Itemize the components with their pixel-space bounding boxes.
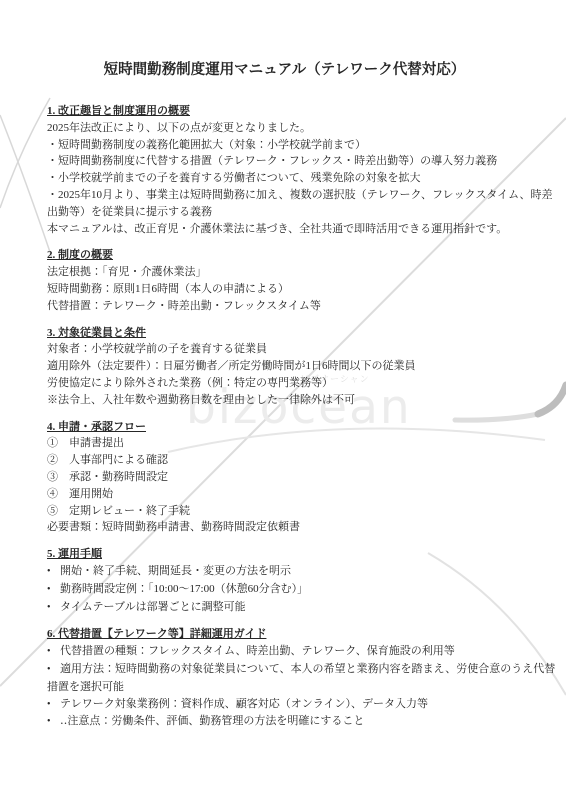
section-heading: 1. 改正趣旨と制度運用の概要	[47, 103, 522, 120]
document-sections: 1. 改正趣旨と制度運用の概要 2025年法改正により、以下の点が変更となりまし…	[47, 103, 522, 731]
document-page: bizocean ビズオーシャン 短時間勤務制度運用マニュアル（テレワーク代替対…	[0, 0, 566, 800]
text-line: ・2025年10月より、事業主は短時間勤務に加え、複数の選択肢（テレワーク、フレ…	[47, 187, 522, 204]
bullet-marker: •	[47, 714, 60, 731]
document-section: 4. 申請・承認フロー ① 申請書提出 ② 人事部門による確認 ③ 承認・勤務時…	[47, 419, 522, 537]
text-line: ④ 運用開始	[47, 486, 522, 503]
document-section: 3. 対象従業員と条件 対象者：小学校就学前の子を養育する従業員 適用除外（法定…	[47, 325, 522, 409]
document-section: 1. 改正趣旨と制度運用の概要 2025年法改正により、以下の点が変更となりまし…	[47, 103, 522, 237]
line-text: ・短時間勤務制度に代替する措置（テレワーク・フレックス・時差出勤等）の導入努力義…	[47, 155, 497, 167]
line-text: 出勤等）を従業員に提示する義務	[47, 206, 212, 218]
text-line: •開始・終了手続、期間延長・変更の方法を明示	[47, 563, 522, 581]
section-lines: •代替措置の種類：フレックスタイム、時差出勤、テレワーク、保育施設の利用等 •適…	[47, 643, 522, 731]
text-line: ① 申請書提出	[47, 435, 522, 452]
text-line: 代替措置：テレワーク・時差出勤・フレックスタイム等	[47, 298, 522, 315]
document-content: 短時間勤務制度運用マニュアル（テレワーク代替対応） 1. 改正趣旨と制度運用の概…	[0, 0, 566, 731]
bullet-marker: •	[47, 564, 60, 581]
section-lines: 法定根拠：「育児・介護休業法」 短時間勤務：原則1日6時間（本人の申請による） …	[47, 264, 522, 314]
document-section: 2. 制度の概要 法定根拠：「育児・介護休業法」 短時間勤務：原則1日6時間（本…	[47, 247, 522, 314]
section-heading: 3. 対象従業員と条件	[47, 325, 522, 342]
line-text: ① 申請書提出	[47, 437, 124, 449]
text-line: 労使協定により除外された業務（例：特定の専門業務等）	[47, 375, 522, 392]
line-text: ④ 運用開始	[47, 488, 113, 500]
text-line: ③ 承認・勤務時間設定	[47, 469, 522, 486]
text-line: 必要書類：短時間勤務申請書、勤務時間設定依頼書	[47, 519, 522, 536]
text-line: 適用除外（法定要件）：日雇労働者／所定労働時間が1日6時間以下の従業員	[47, 358, 522, 375]
bullet-marker: •	[47, 697, 60, 714]
text-line: •‥注意点：労働条件、評価、勤務管理の方法を明確にすること	[47, 713, 522, 731]
line-text: 労使協定により除外された業務（例：特定の専門業務等）	[47, 377, 333, 389]
line-text: ・短時間勤務制度の義務化範囲拡大（対象：小学校就学前まで）	[47, 139, 366, 151]
line-text: 法定根拠：「育児・介護休業法」	[47, 266, 207, 278]
text-line: •テレワーク対象業務例：資料作成、顧客対応（オンライン）、データ入力等	[47, 696, 522, 714]
text-line: ② 人事部門による確認	[47, 452, 522, 469]
document-section: 6. 代替措置【テレワーク等】詳細運用ガイド •代替措置の種類：フレックスタイム…	[47, 626, 522, 731]
text-line: ※法令上、入社年数や週勤務日数を理由とした一律除外は不可	[47, 392, 522, 409]
line-text: 開始・終了手続、期間延長・変更の方法を明示	[60, 565, 291, 577]
section-heading: 6. 代替措置【テレワーク等】詳細運用ガイド	[47, 626, 522, 643]
text-line: ・小学校就学前までの子を養育する労働者について、残業免除の対象を拡大	[47, 170, 522, 187]
line-text: 適用除外（法定要件）：日雇労働者／所定労働時間が1日6時間以下の従業員	[47, 360, 416, 372]
line-text: 本マニュアルは、改正育児・介護休業法に基づき、全社共通で即時活用できる運用指針で…	[47, 223, 507, 235]
line-text: 短時間勤務：原則1日6時間（本人の申請による）	[47, 283, 289, 295]
line-text: ⑤ 定期レビュー・終了手続	[47, 505, 190, 517]
line-text: ② 人事部門による確認	[47, 454, 168, 466]
document-title: 短時間勤務制度運用マニュアル（テレワーク代替対応）	[47, 58, 522, 79]
text-line: 短時間勤務：原則1日6時間（本人の申請による）	[47, 281, 522, 298]
bullet-marker: •	[47, 582, 60, 599]
text-line: 措置を選択可能	[47, 679, 522, 696]
line-text: 勤務時間設定例：「10:00～17:00（休憩60分含む）」	[60, 583, 308, 595]
text-line: 対象者：小学校就学前の子を養育する従業員	[47, 341, 522, 358]
section-heading: 5. 運用手順	[47, 546, 522, 563]
text-line: •勤務時間設定例：「10:00～17:00（休憩60分含む）」	[47, 581, 522, 599]
line-text: テレワーク対象業務例：資料作成、顧客対応（オンライン）、データ入力等	[60, 698, 428, 710]
section-heading: 2. 制度の概要	[47, 247, 522, 264]
line-text: タイムテーブルは部署ごとに調整可能	[60, 601, 246, 613]
section-lines: •開始・終了手続、期間延長・変更の方法を明示 •勤務時間設定例：「10:00～1…	[47, 563, 522, 616]
bullet-marker: •	[47, 644, 60, 661]
text-line: 法定根拠：「育児・介護休業法」	[47, 264, 522, 281]
line-text: 適用方法：短時間勤務の対象従業員について、本人の希望と業務内容を踏まえ、労使合意…	[60, 663, 555, 675]
line-text: ・2025年10月より、事業主は短時間勤務に加え、複数の選択肢（テレワーク、フレ…	[47, 189, 552, 201]
line-text: ‥注意点：労働条件、評価、勤務管理の方法を明確にすること	[60, 715, 364, 727]
section-lines: ① 申請書提出 ② 人事部門による確認 ③ 承認・勤務時間設定 ④ 運用開始 ⑤…	[47, 435, 522, 536]
line-text: ※法令上、入社年数や週勤務日数を理由とした一律除外は不可	[47, 394, 355, 406]
line-text: 措置を選択可能	[47, 681, 124, 693]
section-lines: 対象者：小学校就学前の子を養育する従業員 適用除外（法定要件）：日雇労働者／所定…	[47, 341, 522, 408]
line-text: 対象者：小学校就学前の子を養育する従業員	[47, 343, 267, 355]
line-text: 代替措置：テレワーク・時差出勤・フレックスタイム等	[47, 300, 321, 312]
text-line: 本マニュアルは、改正育児・介護休業法に基づき、全社共通で即時活用できる運用指針で…	[47, 221, 522, 238]
line-text: ・小学校就学前までの子を養育する労働者について、残業免除の対象を拡大	[47, 172, 421, 184]
text-line: 2025年法改正により、以下の点が変更となりました。	[47, 120, 522, 137]
text-line: •適用方法：短時間勤務の対象従業員について、本人の希望と業務内容を踏まえ、労使合…	[47, 661, 522, 679]
document-section: 5. 運用手順 •開始・終了手続、期間延長・変更の方法を明示 •勤務時間設定例：…	[47, 546, 522, 616]
section-heading: 4. 申請・承認フロー	[47, 419, 522, 436]
text-line: •代替措置の種類：フレックスタイム、時差出勤、テレワーク、保育施設の利用等	[47, 643, 522, 661]
bullet-marker: •	[47, 600, 60, 617]
text-line: ⑤ 定期レビュー・終了手続	[47, 503, 522, 520]
section-lines: 2025年法改正により、以下の点が変更となりました。 ・短時間勤務制度の義務化範…	[47, 120, 522, 238]
text-line: ・短時間勤務制度に代替する措置（テレワーク・フレックス・時差出勤等）の導入努力義…	[47, 153, 522, 170]
text-line: 出勤等）を従業員に提示する義務	[47, 204, 522, 221]
line-text: 必要書類：短時間勤務申請書、勤務時間設定依頼書	[47, 521, 300, 533]
text-line: •タイムテーブルは部署ごとに調整可能	[47, 599, 522, 617]
line-text: 代替措置の種類：フレックスタイム、時差出勤、テレワーク、保育施設の利用等	[60, 645, 455, 657]
bullet-marker: •	[47, 662, 60, 679]
line-text: 2025年法改正により、以下の点が変更となりました。	[47, 122, 311, 134]
text-line: ・短時間勤務制度の義務化範囲拡大（対象：小学校就学前まで）	[47, 137, 522, 154]
line-text: ③ 承認・勤務時間設定	[47, 471, 168, 483]
